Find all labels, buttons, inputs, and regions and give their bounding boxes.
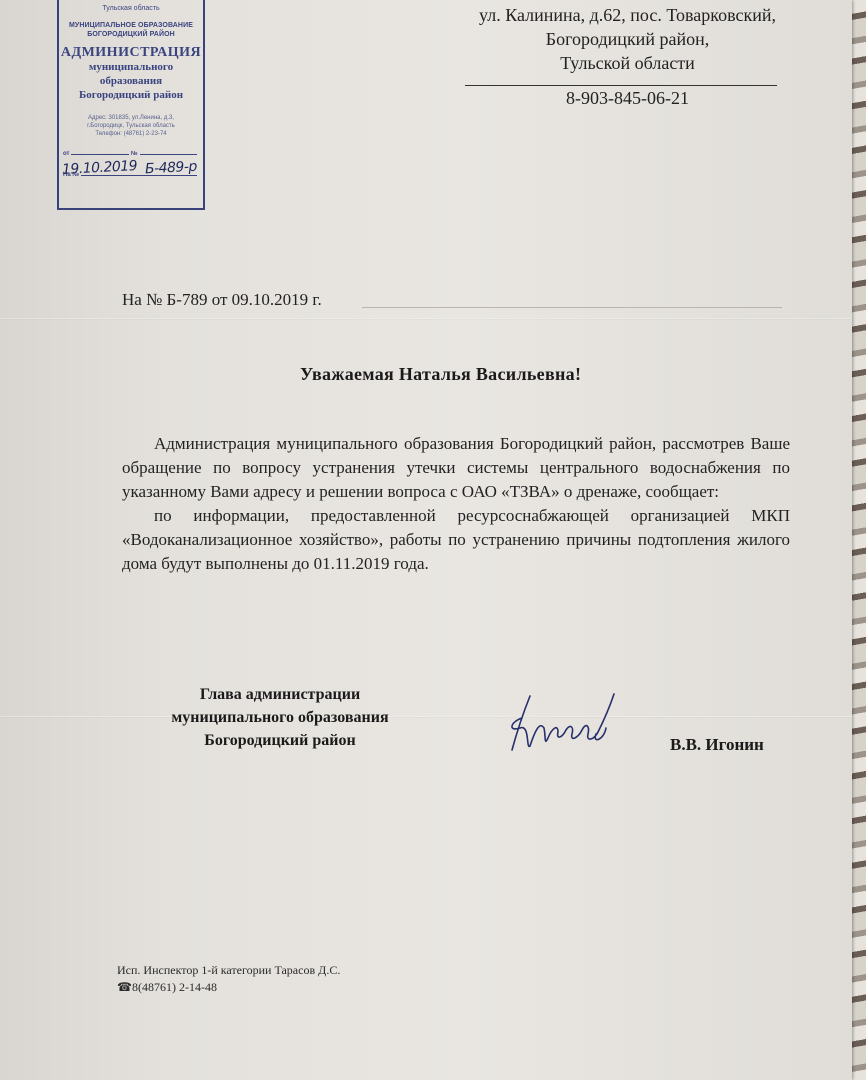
stamp-phone: Телефон: (48761) 2-23-74 <box>59 130 203 138</box>
body-paragraph-2: по информации, предоставленной ресурсосн… <box>122 504 790 576</box>
stamp-address-1: Адрес: 301835, ул.Ленина, д.3, <box>59 114 203 122</box>
signatory-position-line1: Глава администрации <box>145 683 415 706</box>
reference-underline <box>362 307 782 308</box>
paper-fold <box>0 318 852 320</box>
handwritten-number: Б-489-р <box>145 159 198 178</box>
executor-phone: 8(48761) 2-14-48 <box>132 980 217 994</box>
stamp-from-row: от № <box>59 146 203 157</box>
stamp-subtitle-3: Богородицкий район <box>59 88 203 102</box>
signatory-position-line2: муниципального образования <box>145 706 415 729</box>
stamp-title: АДМИНИСТРАЦИЯ <box>59 45 203 60</box>
reference-number: На № Б-789 от 09.10.2019 г. <box>122 290 322 310</box>
letter-page: Тульская область МУНИЦИПАЛЬНОЕ ОБРАЗОВАН… <box>0 0 852 1080</box>
stamp-address-2: г.Богородицк, Тульская область <box>59 122 203 130</box>
recipient-phone: 8-903-845-06-21 <box>450 88 805 109</box>
recipient-address: ул. Калинина, д.62, пос. Товарковский, Б… <box>450 3 805 75</box>
address-divider <box>465 85 777 86</box>
greeting: Уважаемая Наталья Васильевна! <box>300 364 581 385</box>
executor-phone-row: ☎8(48761) 2-14-48 <box>117 979 340 996</box>
signatory-name: В.В. Игонин <box>670 735 764 755</box>
signatory-position: Глава администрации муниципального образ… <box>145 683 415 752</box>
registration-stamp: Тульская область МУНИЦИПАЛЬНОЕ ОБРАЗОВАН… <box>57 0 205 210</box>
stamp-region: Тульская область <box>59 4 203 13</box>
signature-icon <box>500 688 630 758</box>
executor-line: Исп. Инспектор 1-й категории Тарасов Д.С… <box>117 962 340 979</box>
executor-info: Исп. Инспектор 1-й категории Тарасов Д.С… <box>117 962 340 996</box>
stamp-subtitle-2: образования <box>59 74 203 88</box>
stamp-municipality-1: МУНИЦИПАЛЬНОЕ ОБРАЗОВАНИЕ <box>59 21 203 30</box>
recipient-address-line2: Богородицкий район, <box>450 27 805 51</box>
recipient-address-line3: Тульской области <box>450 51 805 75</box>
stamp-from-label: от <box>63 151 69 157</box>
telephone-icon: ☎ <box>117 980 132 994</box>
stamp-municipality-2: БОГОРОДИЦКИЙ РАЙОН <box>59 30 203 39</box>
letter-body: Администрация муниципального образования… <box>122 432 790 576</box>
body-paragraph-1: Администрация муниципального образования… <box>122 432 790 504</box>
paper-fold <box>0 716 852 718</box>
stamp-number-label: № <box>131 151 138 157</box>
background-surface <box>850 0 866 1080</box>
stamp-subtitle-1: муниципального <box>59 60 203 74</box>
signatory-position-line3: Богородицкий район <box>145 729 415 752</box>
recipient-address-line1: ул. Калинина, д.62, пос. Товарковский, <box>450 3 805 27</box>
